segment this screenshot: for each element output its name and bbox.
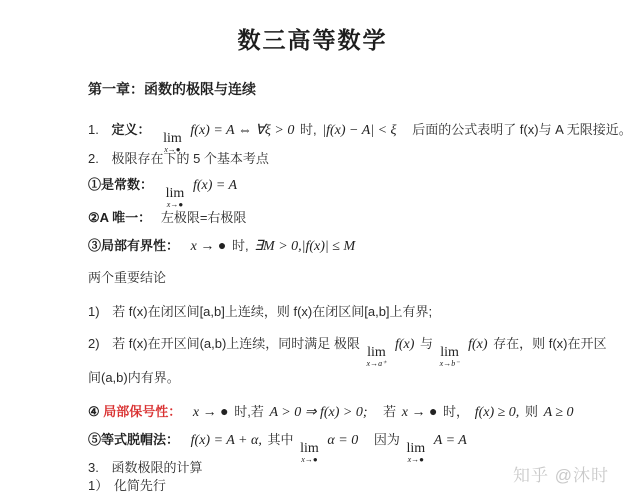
lim-subscript: x→b⁻ <box>440 359 460 368</box>
zhihu-watermark: 知乎 @沐时 <box>513 461 609 486</box>
math-fragment: f(x) = A ⇔ ∀ξ > 0 <box>190 123 294 138</box>
item-number: 3. <box>88 458 99 478</box>
point-bounded-line: ③局部有界性： x → ● 时, ∃M > 0,|f(x)| ≤ M <box>88 236 357 257</box>
point-label: ②A 唯一： <box>88 210 151 225</box>
math-fragment: α = 0 <box>327 433 358 448</box>
point-label-red: 局部保号性： <box>103 404 181 419</box>
cn-text: 化简先行 <box>114 478 166 493</box>
lim-text: lim <box>300 442 319 455</box>
document-title: 数三高等数学 <box>0 22 625 55</box>
item-number: 1. <box>88 120 99 140</box>
cn-text: 时, <box>300 122 317 137</box>
limit-notation: lim x→● <box>300 442 319 464</box>
limit-notation: lim x→b⁻ <box>440 346 460 368</box>
simplify-line: 1） 化简先行 <box>88 476 166 496</box>
item-number: 1) <box>88 302 100 322</box>
item-number: 2) <box>88 334 100 354</box>
cn-text: 其中 <box>267 432 293 447</box>
cn-text: 若 f(x)在闭区间[a,b]上连续，则 f(x)在闭区间[a,b]上有界; <box>112 304 432 319</box>
limit-notation: lim x→● <box>406 442 425 464</box>
cn-text: 后面的公式表明了 f(x)与 A 无限接近。 <box>412 122 625 137</box>
lim-subscript: x→a⁺ <box>367 359 387 368</box>
math-fragment: A = A <box>434 433 467 448</box>
lim-text: lim <box>163 132 182 145</box>
cn-text: 则 <box>525 404 538 419</box>
lim-text: lim <box>367 346 386 359</box>
math-fragment: |f(x) − A| < ξ <box>322 123 396 138</box>
point-number: ④ <box>88 404 100 419</box>
conclusion-2-line: 2) 若 f(x)在开区间(a,b)上连续，同时满足 极限 lim x→a⁺ f… <box>88 334 607 368</box>
lim-subscript: x→● <box>408 455 424 464</box>
math-fragment: A > 0 ⇒ f(x) > 0; <box>269 405 367 420</box>
cn-text: 时,若 <box>234 404 264 419</box>
point-label: ③局部有界性： <box>88 238 179 253</box>
cn-text: 若 f(x)在开区间(a,b)上连续，同时满足 极限 <box>112 336 360 351</box>
cn-text: 因为 <box>374 432 400 447</box>
chapter-heading: 第一章：函数的极限与连续 <box>88 79 256 99</box>
point-label: ⑤等式脱帽法： <box>88 432 179 447</box>
conclusion-1-line: 1) 若 f(x)在闭区间[a,b]上连续，则 f(x)在闭区间[a,b]上有界… <box>88 302 432 322</box>
limit-notation: lim x→● <box>166 187 185 209</box>
definition-label: 定义： <box>111 122 150 137</box>
item-number: 2. <box>88 149 99 169</box>
cn-text: 时, <box>232 238 249 253</box>
math-fragment: f(x) <box>395 337 414 352</box>
lim-text: lim <box>440 346 459 359</box>
math-fragment: x → ● <box>193 405 229 420</box>
basic-points-line: 2. 极限存在下的 5 个基本考点 <box>88 149 269 169</box>
math-fragment: A ≥ 0 <box>544 405 574 420</box>
math-fragment: x → ● <box>191 239 227 254</box>
lim-text: lim <box>406 442 425 455</box>
cn-text: 与 <box>420 336 433 351</box>
point-unique-line: ②A 唯一： 左极限=右极限 <box>88 208 246 228</box>
math-fragment: f(x) = A <box>193 178 237 193</box>
math-fragment: f(x) = A + α, <box>191 433 262 448</box>
cn-text: 若 <box>383 404 396 419</box>
point-label: ①是常数： <box>88 177 153 192</box>
cn-text: 时， <box>443 404 469 419</box>
cn-text: 左极限=右极限 <box>161 210 247 225</box>
lim-text: lim <box>166 187 185 200</box>
math-fragment: f(x) ≥ 0, <box>475 405 520 420</box>
point-constant-line: ①是常数： lim x→● f(x) = A <box>88 175 239 209</box>
document-page: 数三高等数学 第一章：函数的极限与连续 1. 定义： lim x→● f(x) … <box>0 0 625 500</box>
item-number: 1） <box>88 476 108 496</box>
point-sign-line: ④ 局部保号性： x → ● 时,若 A > 0 ⇒ f(x) > 0; 若 x… <box>88 402 576 423</box>
lim-subscript: x→● <box>301 455 317 464</box>
math-fragment: ∃M > 0,|f(x)| ≤ M <box>254 239 355 254</box>
math-fragment: x → ● <box>402 405 438 420</box>
cn-text: 函数极限的计算 <box>111 460 202 475</box>
limit-notation: lim x→a⁺ <box>367 346 387 368</box>
cn-text: 存在，则 f(x)在开区 <box>493 336 606 351</box>
conclusion-2-wrap-line: 间(a,b)内有界。 <box>88 368 180 388</box>
calc-heading-line: 3. 函数极限的计算 <box>88 458 202 478</box>
math-fragment: f(x) <box>468 337 487 352</box>
cn-text: 极限存在下的 5 个基本考点 <box>111 151 268 166</box>
conclusions-heading: 两个重要结论 <box>88 268 166 288</box>
